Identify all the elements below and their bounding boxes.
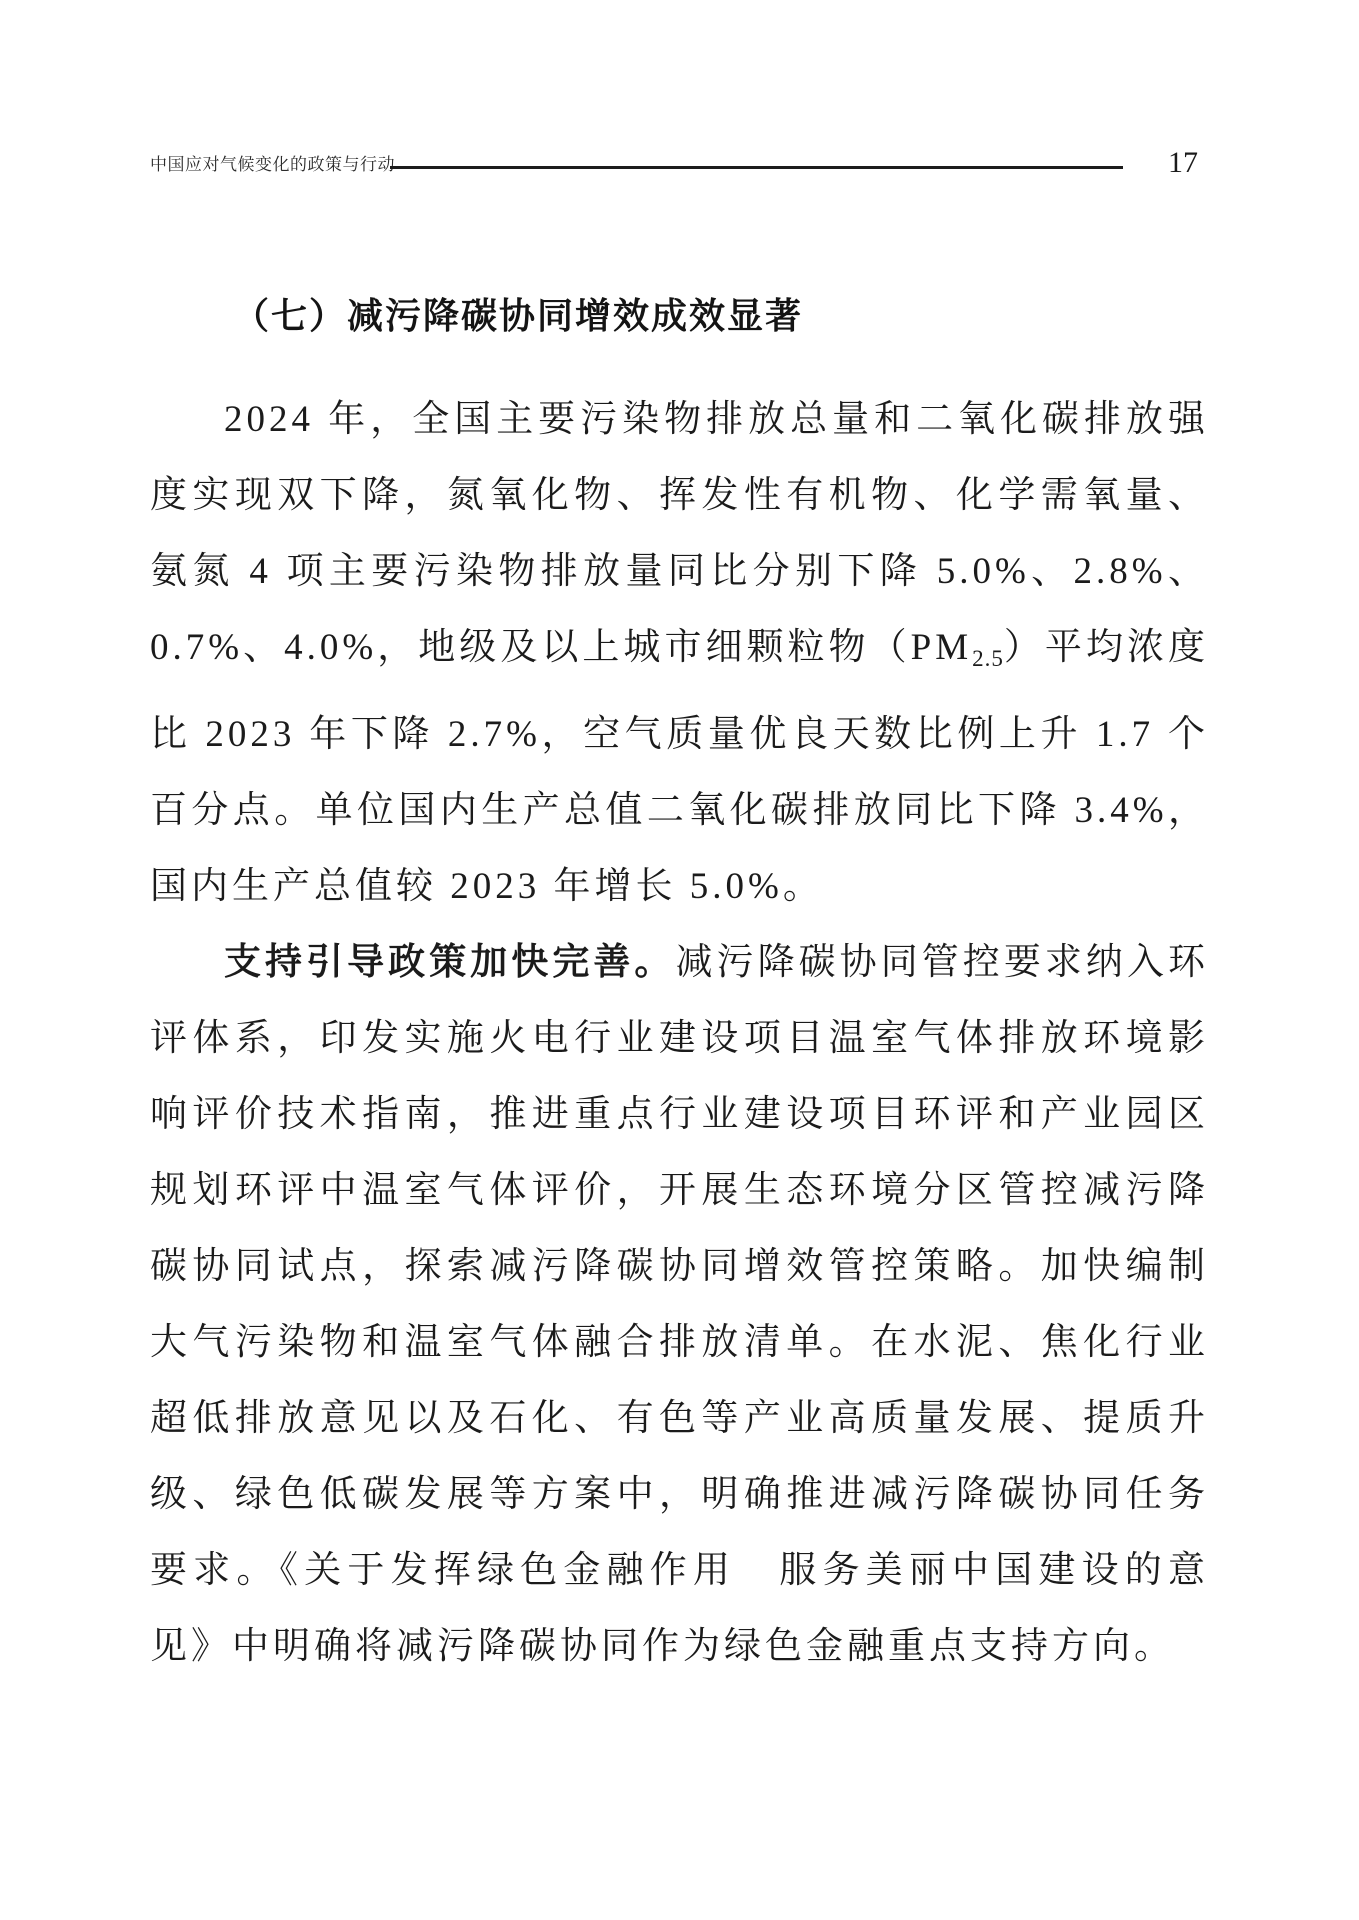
page-number: 17 xyxy=(1168,146,1198,180)
paragraph-policy-lead-bold: 支持引导政策加快完善。 xyxy=(224,942,675,983)
paragraph-statistics: 2024 年，全国主要污染物排放总量和二氧化碳排放强度实现双下降，氮氧化物、挥发… xyxy=(150,382,1209,925)
body-text-block: 2024 年，全国主要污染物排放总量和二氧化碳排放强度实现双下降，氮氧化物、挥发… xyxy=(150,382,1209,1685)
pm25-subscript: 2.5 xyxy=(972,646,1004,671)
document-page: 中国应对气候变化的政策与行动 17 （七）减污降碳协同增效成效显著 2024 年… xyxy=(0,0,1359,1920)
paragraph-policy-body: 减污降碳协同管控要求纳入环评体系，印发实施火电行业建设项目温室气体排放环境影响评… xyxy=(150,942,1209,1667)
header-rule-line xyxy=(390,166,1123,169)
running-header-title: 中国应对气候变化的政策与行动 xyxy=(150,150,395,175)
paragraph-statistics-text-after-subscript: ）平均浓度比 2023 年下降 2.7%，空气质量优良天数比例上升 1.7 个百… xyxy=(150,627,1209,907)
section-heading: （七）减污降碳协同增效成效显著 xyxy=(233,288,803,339)
page-header: 中国应对气候变化的政策与行动 17 xyxy=(150,146,1209,190)
paragraph-policy: 支持引导政策加快完善。减污降碳协同管控要求纳入环评体系，印发实施火电行业建设项目… xyxy=(150,925,1209,1685)
